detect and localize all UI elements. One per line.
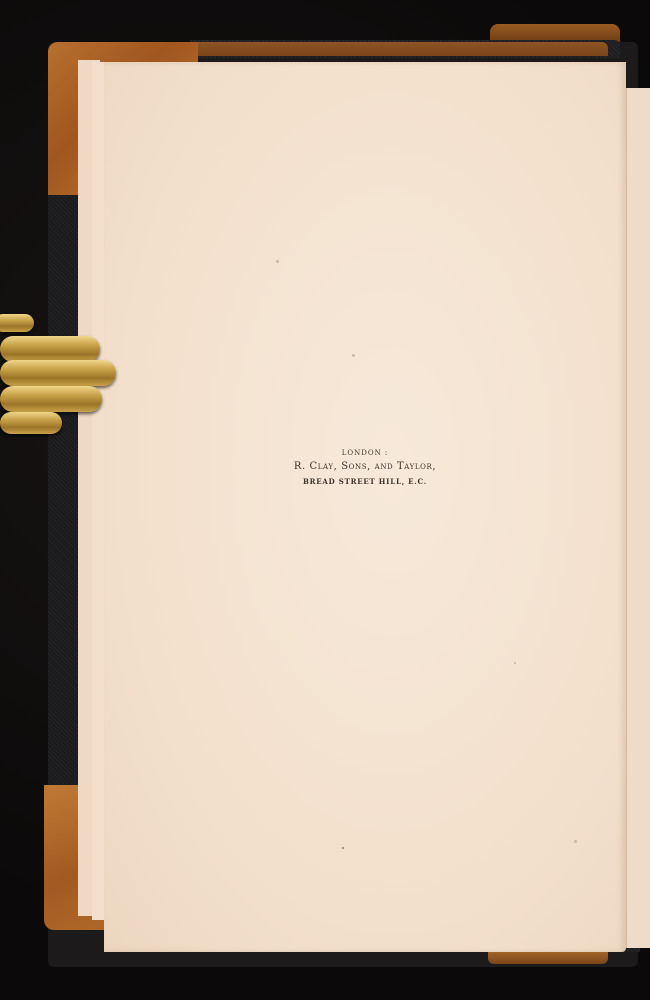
leather-bottom-edge	[488, 950, 608, 964]
imprint-printer: R. Clay, Sons, and Taylor,	[104, 459, 626, 475]
imprint-city: LONDON :	[104, 447, 626, 459]
printer-imprint: LONDON : R. Clay, Sons, and Taylor, BREA…	[104, 447, 626, 489]
imprint-address: BREAD STREET HILL, E.C.	[104, 475, 626, 489]
facing-page-edge	[626, 88, 650, 948]
gold-hand-clip-icon	[0, 310, 118, 440]
book-page	[104, 62, 626, 952]
